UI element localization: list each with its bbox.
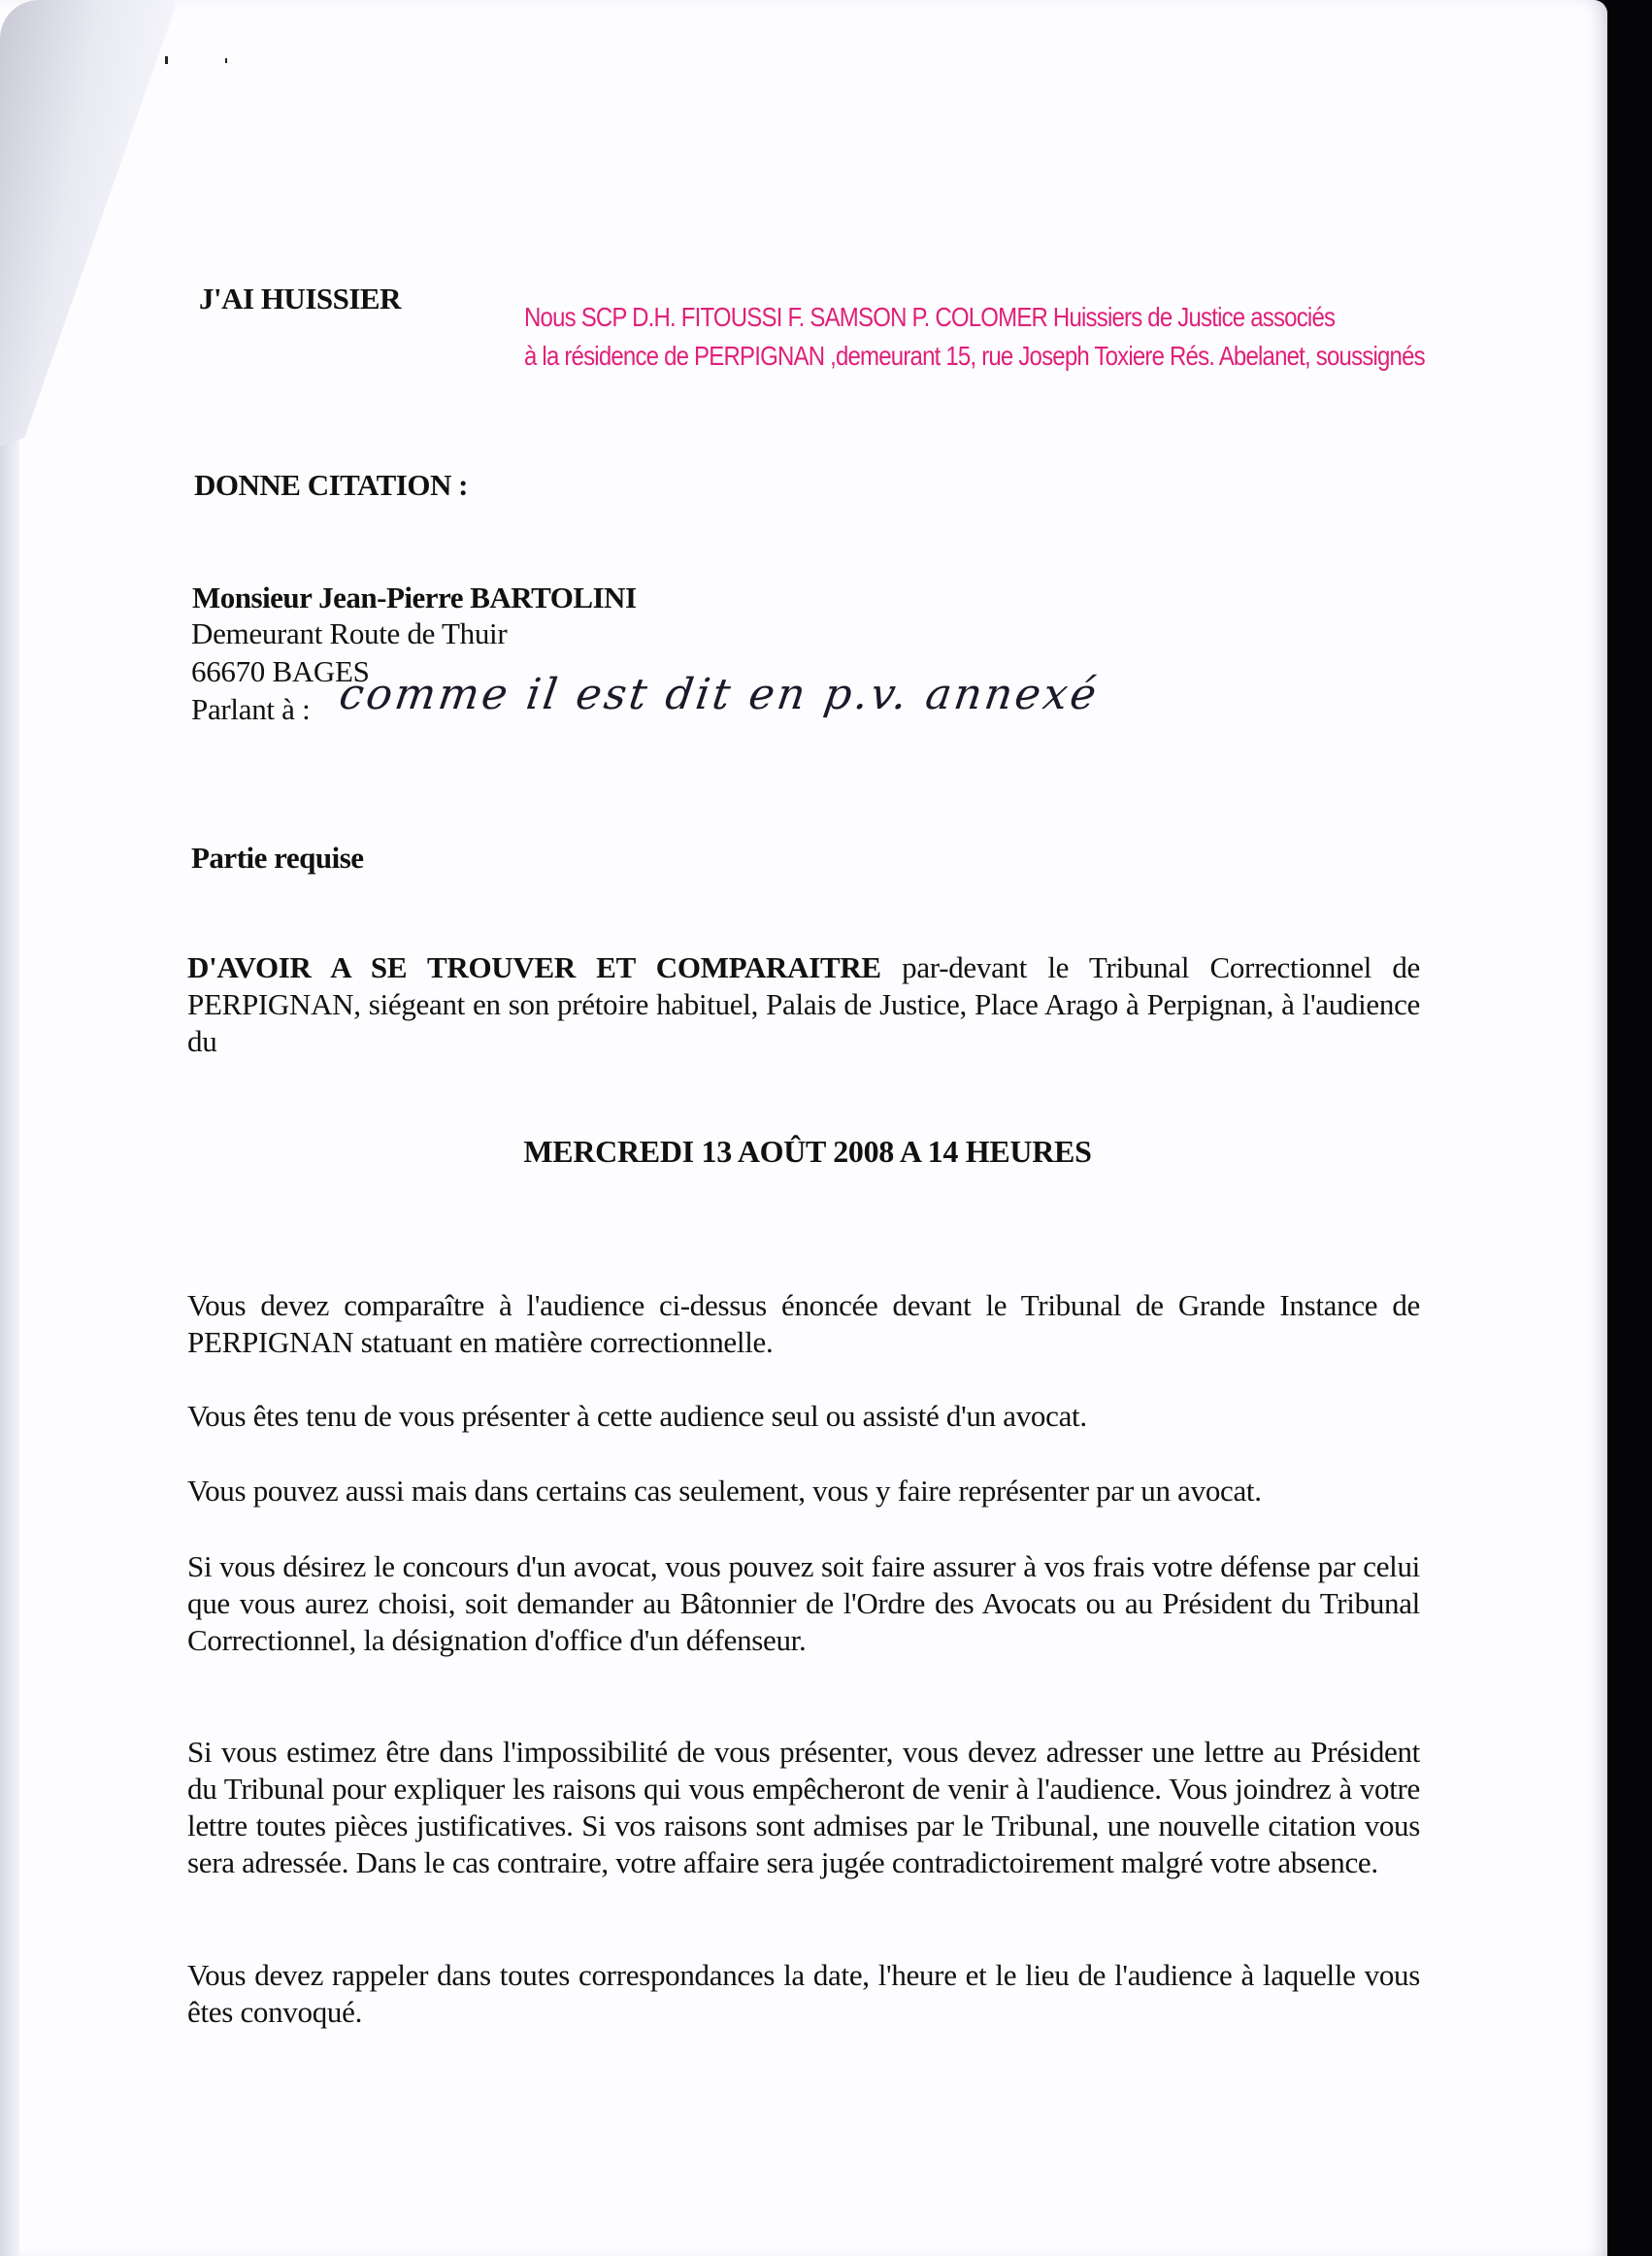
bailiff-stamp-line-1: Nous SCP D.H. FITOUSSI F. SAMSON P. COLO… — [524, 303, 1335, 334]
summons-paragraph: D'AVOIR A SE TROUVER ET COMPARAITRE par-… — [187, 949, 1420, 1060]
summons-lead: D'AVOIR A SE TROUVER ET COMPARAITRE — [187, 950, 881, 984]
scan-speck — [225, 58, 227, 63]
handwritten-note: comme il est dit en p.v. annexé — [336, 670, 1102, 719]
page-edge-shadow — [0, 427, 19, 2256]
recipient-address-line-1: Demeurant Route de Thuir — [191, 615, 507, 652]
paragraph-3: Vous pouvez aussi mais dans certains cas… — [187, 1473, 1420, 1510]
hearing-date: MERCREDI 13 AOÛT 2008 A 14 HEURES — [0, 1134, 1611, 1170]
header-label: J'AI HUISSIER — [199, 282, 401, 316]
speaking-to-label: Parlant à : — [191, 691, 310, 728]
party-label: Partie requise — [191, 841, 364, 876]
recipient-name: Monsieur Jean-Pierre BARTOLINI — [192, 581, 637, 615]
scan-speck — [165, 56, 168, 64]
section-title: DONNE CITATION : — [194, 468, 468, 503]
document-page: J'AI HUISSIER Nous SCP D.H. FITOUSSI F. … — [0, 0, 1607, 2256]
paragraph-5: Si vous estimez être dans l'impossibilit… — [187, 1734, 1420, 1881]
paragraph-1: Vous devez comparaître à l'audience ci-d… — [187, 1287, 1420, 1361]
bailiff-stamp-line-2: à la résidence de PERPIGNAN ,demeurant 1… — [524, 342, 1425, 373]
paragraph-2: Vous êtes tenu de vous présenter à cette… — [187, 1398, 1420, 1435]
paragraph-6: Vous devez rappeler dans toutes correspo… — [187, 1957, 1420, 2031]
paragraph-4: Si vous désirez le concours d'un avocat,… — [187, 1548, 1420, 1659]
